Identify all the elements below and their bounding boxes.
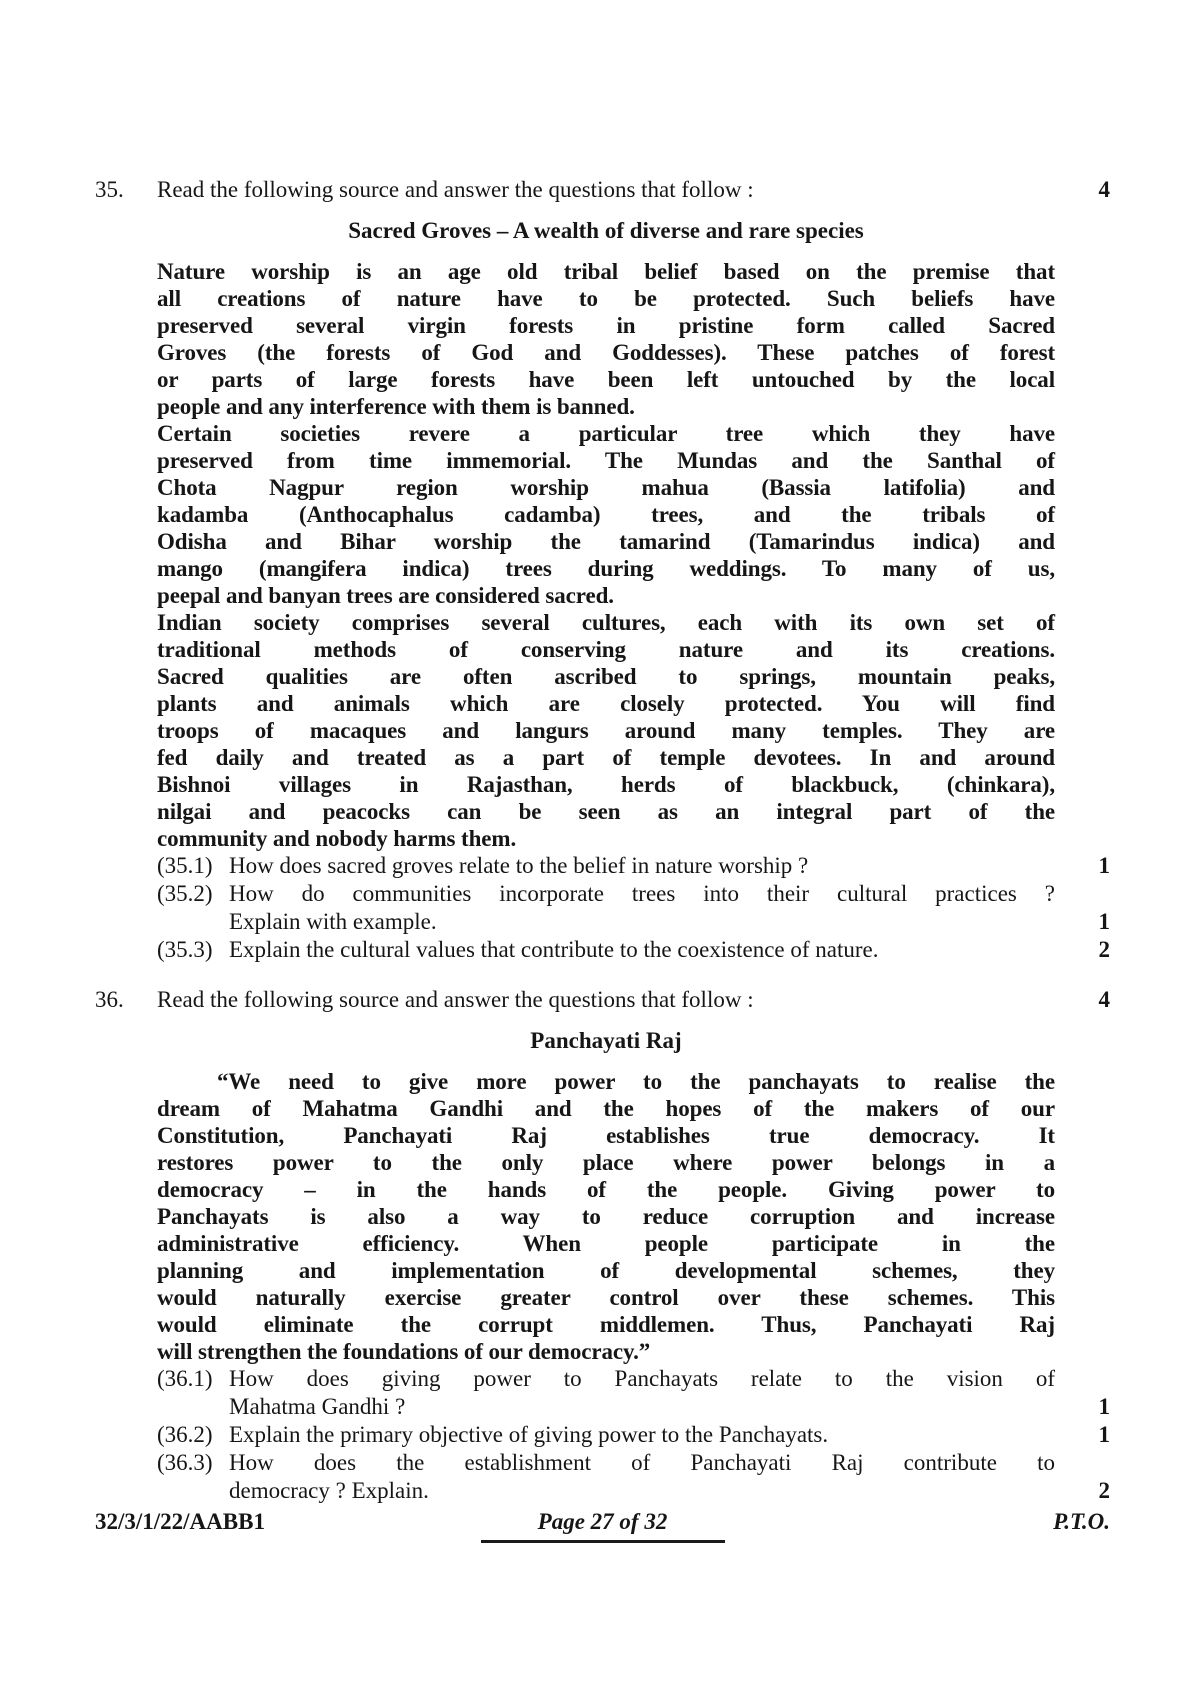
sub-question-number: (36.1) [157,1365,229,1421]
sub-question-line: Explain the cultural values that contrib… [229,936,1055,964]
passage-line: Groves (the forests of God and Goddesses… [157,339,1055,366]
passage-line: community and nobody harms them. [157,825,1055,852]
passage-line: preserved several virgin forests in pris… [157,312,1055,339]
passage-line: fed daily and treated as a part of templ… [157,744,1055,771]
sub-question-indent [95,852,157,880]
passage-line: would eliminate the corrupt middlemen. T… [157,1311,1055,1338]
footer-pto: P.T.O. [1053,1508,1110,1536]
sub-question-text: How do communities incorporate trees int… [229,880,1055,936]
question-number: 35. [95,176,157,204]
sub-question-number: (36.3) [157,1449,229,1505]
question-section: 36. Read the following source and answer… [95,986,1110,1505]
sub-question-indent [95,1421,157,1449]
passage-line: dream of Mahatma Gandhi and the hopes of… [157,1095,1055,1122]
questions-container: 35. Read the following source and answer… [95,176,1110,1505]
passage-line: Bishnoi villages in Rajasthan, herds of … [157,771,1055,798]
sub-question-number: (36.2) [157,1421,229,1449]
passage-line: Odisha and Bihar worship the tamarind (T… [157,528,1055,555]
sub-question-line: How does sacred groves relate to the bel… [229,852,1055,880]
passage-line: preserved from time immemorial. The Mund… [157,447,1055,474]
page-number-underline [481,1540,725,1543]
sub-question-line: Explain the primary objective of giving … [229,1421,1055,1449]
passage-line: democracy – in the hands of the people. … [157,1176,1055,1203]
passage-title: Panchayati Raj [157,1027,1055,1055]
sub-question-marks: 1 [1055,1393,1110,1421]
sub-question-text: How does the establishment of Panchayati… [229,1449,1055,1505]
passage-line: mango (mangifera indica) trees during we… [157,555,1055,582]
sub-question-text: Explain the cultural values that contrib… [229,936,1055,964]
passage-line: nilgai and peacocks can be seen as an in… [157,798,1055,825]
passage-line: people and any interference with them is… [157,393,1055,420]
footer-paper-code: 32/3/1/22/AABB1 [95,1508,265,1536]
sub-question: (36.3)How does the establishment of Panc… [95,1449,1110,1505]
footer-page-number: Page 27 of 32 [538,1509,668,1534]
question-header-row: 35. Read the following source and answer… [95,176,1110,204]
passage-line: plants and animals which are closely pro… [157,690,1055,717]
sub-question-text: How does sacred groves relate to the bel… [229,852,1055,880]
passage-line: Certain societies revere a particular tr… [157,420,1055,447]
question-section: 35. Read the following source and answer… [95,176,1110,964]
passage-line: Nature worship is an age old tribal beli… [157,258,1055,285]
sub-question-marks: 1 [1055,852,1110,880]
sub-question-line: Explain with example. [229,908,1055,936]
passage-line: all creations of nature have to be prote… [157,285,1055,312]
sub-question: (36.1)How does giving power to Panchayat… [95,1365,1110,1421]
sub-questions: (35.1)How does sacred groves relate to t… [95,852,1110,964]
question-header-row: 36. Read the following source and answer… [95,986,1110,1014]
question-prompt: Read the following source and answer the… [157,986,1055,1014]
sub-question-marks: 2 [1055,1477,1110,1505]
passage-line: Chota Nagpur region worship mahua (Bassi… [157,474,1055,501]
sub-question-marks: 2 [1055,936,1110,964]
passage-line: administrative efficiency. When people p… [157,1230,1055,1257]
passage-line: troops of macaques and langurs around ma… [157,717,1055,744]
passage-line: Constitution, Panchayati Raj establishes… [157,1122,1055,1149]
sub-question-indent [95,1449,157,1505]
passage-line: kadamba (Anthocaphalus cadamba) trees, a… [157,501,1055,528]
sub-question-number: (35.3) [157,936,229,964]
exam-paper-page: 35. Read the following source and answer… [0,0,1190,1683]
question-marks: 4 [1055,176,1110,204]
page-footer: 32/3/1/22/AABB1 Page 27 of 32 P.T.O. [95,1508,1110,1558]
passage-text: “We need to give more power to the panch… [157,1068,1055,1365]
passage-line: restores power to the only place where p… [157,1149,1055,1176]
sub-questions: (36.1)How does giving power to Panchayat… [95,1365,1110,1505]
question-number: 36. [95,986,157,1014]
sub-question-text: How does giving power to Panchayats rela… [229,1365,1055,1421]
sub-question-indent [95,936,157,964]
passage-line: traditional methods of conserving nature… [157,636,1055,663]
passage-title: Sacred Groves – A wealth of diverse and … [157,217,1055,245]
sub-question: (36.2)Explain the primary objective of g… [95,1421,1110,1449]
sub-question-line: democracy ? Explain. [229,1477,1055,1505]
sub-question-indent [95,880,157,936]
question-prompt: Read the following source and answer the… [157,176,1055,204]
passage-line: planning and implementation of developme… [157,1257,1055,1284]
sub-question-marks: 1 [1055,1421,1110,1449]
passage-line: Sacred qualities are often ascribed to s… [157,663,1055,690]
sub-question: (35.1)How does sacred groves relate to t… [95,852,1110,880]
sub-question: (35.2)How do communities incorporate tre… [95,880,1110,936]
passage-line: Indian society comprises several culture… [157,609,1055,636]
passage-line: peepal and banyan trees are considered s… [157,582,1055,609]
passage-line: Panchayats is also a way to reduce corru… [157,1203,1055,1230]
sub-question-number: (35.1) [157,852,229,880]
sub-question-line: How does the establishment of Panchayati… [229,1449,1055,1477]
question-marks: 4 [1055,986,1110,1014]
passage-line: would naturally exercise greater control… [157,1284,1055,1311]
footer-page-number-block: Page 27 of 32 [481,1508,725,1543]
sub-question-marks: 1 [1055,908,1110,936]
sub-question-line: How do communities incorporate trees int… [229,880,1055,908]
sub-question-indent [95,1365,157,1421]
sub-question-text: Explain the primary objective of giving … [229,1421,1055,1449]
sub-question-number: (35.2) [157,880,229,936]
sub-question-line: How does giving power to Panchayats rela… [229,1365,1055,1393]
passage-line: will strengthen the foundations of our d… [157,1338,1055,1365]
passage-line: or parts of large forests have been left… [157,366,1055,393]
sub-question: (35.3)Explain the cultural values that c… [95,936,1110,964]
sub-question-line: Mahatma Gandhi ? [229,1393,1055,1421]
passage-line: “We need to give more power to the panch… [157,1068,1055,1095]
passage-text: Nature worship is an age old tribal beli… [157,258,1055,852]
